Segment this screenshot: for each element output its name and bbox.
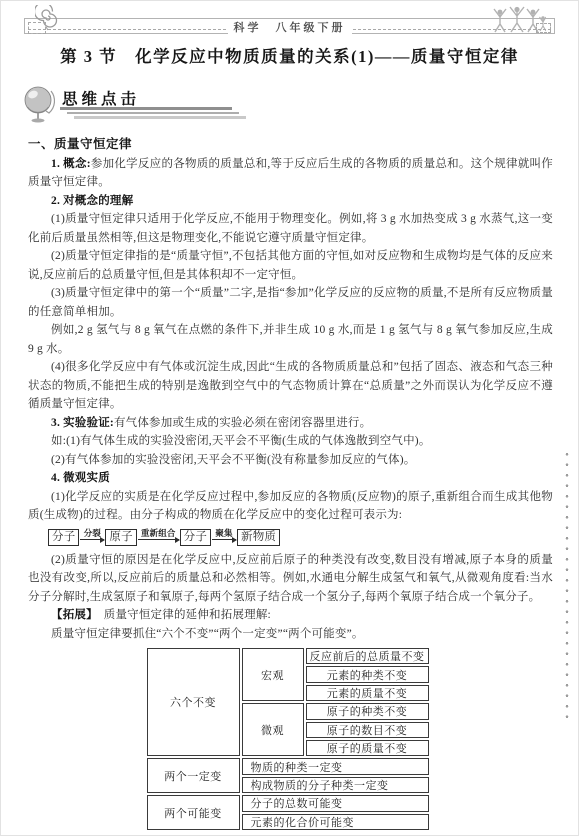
page-header-band: 科学 八年级下册 (24, 18, 555, 34)
paragraph-example: 例如,2 g 氢气与 8 g 氧气在点燃的条件下,并非生成 10 g 水,而是 … (28, 321, 553, 358)
paragraph-text: (1)质量守恒定律只适用于化学反应,不能用于物理变化。例如,将 3 g 水加热变… (28, 213, 553, 244)
section-banner-label: 思维点击 (62, 87, 140, 109)
flow-arrow-label: 重新组合 (138, 529, 179, 538)
arrow-right-icon (138, 539, 179, 540)
paragraph-point-2: (2)质量守恒定律指的是“质量守恒”,不包括其他方面的守恒,如对反应物和生成物均… (28, 247, 553, 284)
paragraph-text: 质量守恒定律的延伸和拓展理解: (92, 609, 271, 621)
paragraph-point-4: (4)很多化学反应中有气体或沉淀生成,因此“生成的各物质质量总和”包括了固态、液… (28, 358, 553, 414)
lesson-content: 一、质量守恒定律 1. 概念:参加化学反应的各物质的质量总和,等于反应后生成的各… (28, 135, 553, 643)
paragraph-text: (2)质量守恒定律指的是“质量守恒”,不包括其他方面的守恒,如对反应物和生成物均… (28, 250, 553, 281)
table-cell: 原子的数目不变 (306, 722, 429, 738)
paragraph-text: 参加化学反应的各物质的质量总和,等于反应后生成的各物质的质量总和。这个规律就叫作… (28, 158, 553, 189)
paragraph-text: (2)质量守恒的原因是在化学反应中,反应前后原子的种类没有改变,数目没有增减,原… (28, 554, 553, 603)
table-cell-six-unchanged: 六个不变 (147, 648, 240, 756)
table-cell: 物质的种类一定变 (242, 758, 429, 774)
section-heading: 一、质量守恒定律 (28, 135, 553, 154)
banner-underline-bar (67, 112, 239, 115)
section-banner: 思维点击 (20, 87, 579, 123)
paragraph-experiment-head: 3. 实验验证:有气体参加或生成的实验必须在密闭容器里进行。 (28, 414, 553, 433)
paragraph-point-1: (1)质量守恒定律只适用于化学反应,不能用于物理变化。例如,将 3 g 水加热变… (28, 210, 553, 247)
flow-arrow-aggregate: 聚集 (212, 529, 236, 540)
table-cell: 原子的种类不变 (306, 703, 429, 719)
table-cell-micro: 微观 (242, 703, 304, 756)
paragraph-micro-head: 4. 微观实质 (28, 469, 553, 488)
paragraph-text: (2)有气体参加的实验没密闭,天平会不平衡(没有称量参加反应的气体)。 (51, 454, 415, 466)
textbook-page: 科学 八年级下册 第 3 节 化学反应中物质质量的关系(1)——质量守恒定律 思… (0, 0, 579, 836)
arrow-right-icon (80, 539, 104, 540)
globe-icon (22, 85, 58, 125)
paragraph-understanding-head: 2. 对概念的理解 (28, 192, 553, 211)
paragraph-text: 例如,2 g 氢气与 8 g 氧气在点燃的条件下,并非生成 10 g 水,而是 … (28, 324, 553, 355)
table-cell-macro: 宏观 (242, 648, 304, 701)
flow-arrow-recombine: 重新组合 (138, 529, 179, 540)
paragraph-text: 有气体参加或生成的实验必须在密闭容器里进行。 (114, 417, 371, 429)
paragraph-text: 质量守恒定律要抓住“六个不变”“两个一定变”“两个可能变”。 (51, 628, 364, 640)
paragraph-lead: 2. 对概念的理解 (51, 195, 133, 207)
paragraph-text: (1)化学反应的实质是在化学反应过程中,参加反应的各物质(反应物)的原子,重新组… (28, 491, 553, 522)
paragraph-micro-1: (1)化学反应的实质是在化学反应过程中,参加反应的各物质(反应物)的原子,重新组… (28, 488, 553, 525)
header-dashed-box-left (28, 22, 46, 34)
paragraph-experiment-2: (2)有气体参加的实验没密闭,天平会不平衡(没有称量参加反应的气体)。 (28, 451, 553, 470)
paragraph-text: (4)很多化学反应中有气体或沉淀生成,因此“生成的各物质质量总和”包括了固态、液… (28, 361, 553, 410)
paragraph-text: (3)质量守恒定律中的第一个“质量”二字,是指“参加”化学反应的反应物的质量,不… (28, 287, 553, 318)
arrow-right-icon (212, 539, 236, 540)
paragraph-experiment-1: 如:(1)有气体生成的实验没密闭,天平会不平衡(生成的气体逸散到空气中)。 (28, 432, 553, 451)
flow-arrow-split: 分裂 (80, 529, 104, 540)
flow-node-molecule-2: 分子 (180, 529, 211, 546)
header-dashed-box-right (536, 23, 551, 33)
flow-node-atom: 原子 (105, 529, 136, 546)
table-cell: 元素的种类不变 (306, 666, 429, 682)
table-cell-may-change: 两个可能变 (147, 795, 240, 830)
paragraph-lead: 1. 概念: (51, 158, 91, 170)
dotted-margin-decoration (565, 449, 569, 723)
molecule-flow-diagram: 分子 分裂 原子 重新组合 分子 聚集 新物质 (48, 527, 553, 549)
paragraph-lead: 3. 实验验证: (51, 417, 114, 429)
table-cell: 元素的化合价可能变 (242, 814, 429, 830)
table-cell-must-change: 两个一定变 (147, 758, 240, 793)
paragraph-concept: 1. 概念:参加化学反应的各物质的质量总和,等于反应后生成的各物质的质量总和。这… (28, 155, 553, 192)
table-cell: 分子的总数可能变 (242, 795, 429, 811)
flow-node-new-substance: 新物质 (237, 529, 280, 546)
banner-underline-bar (60, 107, 232, 110)
paragraph-extension-head: 【拓展】 质量守恒定律的延伸和拓展理解: (28, 606, 553, 625)
paragraph-lead: 【拓展】 (51, 609, 92, 621)
table-cell: 反应前后的总质量不变 (306, 648, 429, 664)
flow-node-molecule: 分子 (48, 529, 79, 546)
table-cell: 元素的质量不变 (306, 685, 429, 701)
paragraph-extension-summary: 质量守恒定律要抓住“六个不变”“两个一定变”“两个可能变”。 (28, 625, 553, 644)
banner-underline-bar (74, 116, 246, 119)
course-label: 科学 八年级下册 (228, 21, 352, 35)
table-cell: 构成物质的分子种类一定变 (242, 777, 429, 793)
paragraph-lead: 4. 微观实质 (51, 472, 110, 484)
table-cell: 原子的质量不变 (306, 740, 429, 756)
summary-table: 六个不变 宏观 反应前后的总质量不变 元素的种类不变 元素的质量不变 微观 原子… (147, 648, 433, 830)
paragraph-point-3: (3)质量守恒定律中的第一个“质量”二字,是指“参加”化学反应的反应物的质量,不… (28, 284, 553, 321)
paragraph-micro-2: (2)质量守恒的原因是在化学反应中,反应前后原子的种类没有改变,数目没有增减,原… (28, 551, 553, 607)
paragraph-text: 如:(1)有气体生成的实验没密闭,天平会不平衡(生成的气体逸散到空气中)。 (51, 435, 431, 447)
page-title: 第 3 节 化学反应中物质质量的关系(1)——质量守恒定律 (0, 43, 579, 67)
